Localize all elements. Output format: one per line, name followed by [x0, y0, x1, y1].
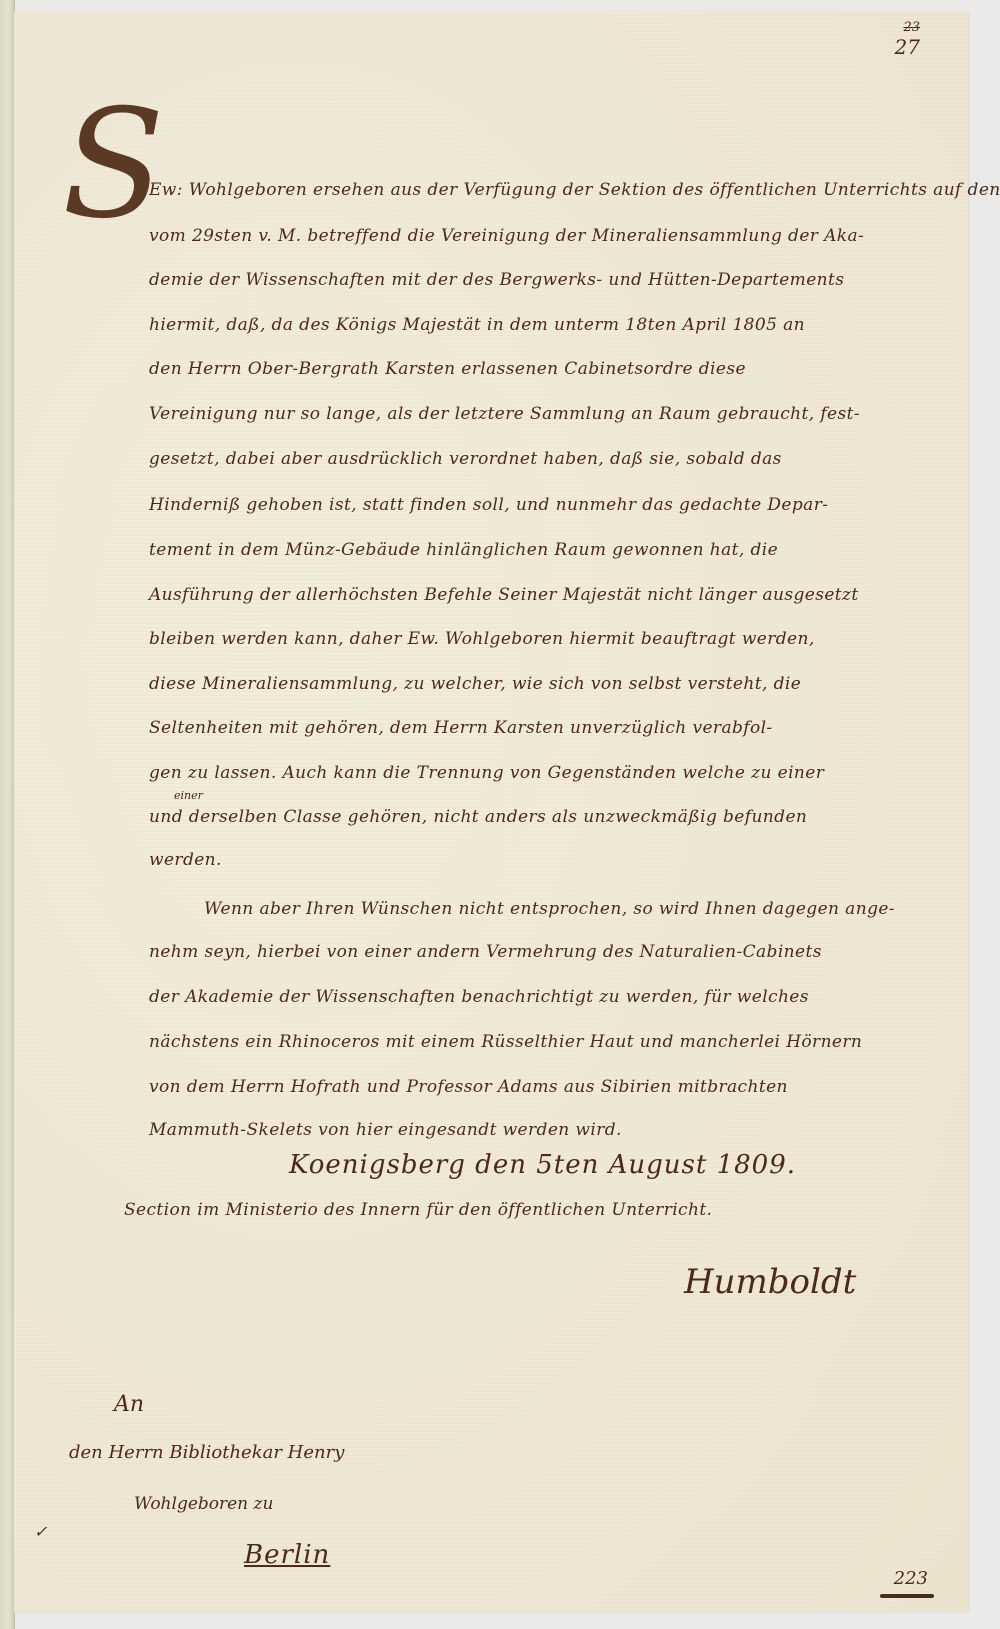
body-line-11: bleiben werden kann, daher Ew. Wohlgebor…: [149, 629, 815, 649]
body-line-6: Vereinigung nur so lange, als der letzte…: [149, 404, 860, 424]
body-line-20: nächstens ein Rhinoceros mit einem Rüsse…: [149, 1032, 862, 1052]
archive-number: 223: [894, 1568, 928, 1589]
body-line-1: Ew: Wohlgeboren ersehen aus der Verfügun…: [149, 180, 1000, 200]
interlinear-insertion: einer: [174, 789, 203, 802]
address-city: Berlin: [244, 1540, 330, 1570]
body-line-3: demie der Wissenschaften mit der des Ber…: [149, 270, 844, 290]
body-line-16: werden.: [149, 850, 222, 870]
body-line-5: den Herrn Ober-Bergrath Karsten erlassen…: [149, 359, 746, 379]
folio-number: 23 27: [895, 20, 920, 59]
body-line-12: diese Mineraliensammlung, zu welcher, wi…: [149, 674, 801, 694]
body-line-22: Mammuth-Skelets von hier eingesandt werd…: [149, 1120, 622, 1140]
address-salutation: An: [114, 1392, 144, 1417]
manuscript-page: 23 27 S Ew: Wohlgeboren ersehen aus der …: [14, 12, 968, 1612]
body-line-18: nehm seyn, hierbei von einer andern Verm…: [149, 942, 822, 962]
body-line-14: gen zu lassen. Auch kann die Trennung vo…: [149, 763, 824, 783]
address-recipient: den Herrn Bibliothekar Henry: [69, 1442, 344, 1463]
decorative-initial: S: [62, 90, 165, 240]
department-line: Section im Ministerio des Innern für den…: [124, 1200, 712, 1220]
place-date: Koenigsberg den 5ten August 1809.: [289, 1150, 796, 1180]
body-line-9: tement in dem Münz-Gebäude hinlänglichen…: [149, 540, 778, 560]
body-line-8: Hinderniß gehoben ist, statt finden soll…: [149, 495, 828, 515]
body-line-13: Seltenheiten mit gehören, dem Herrn Kars…: [149, 718, 773, 738]
body-line-19: der Akademie der Wissenschaften benachri…: [149, 987, 809, 1007]
body-line-10: Ausführung der allerhöchsten Befehle Sei…: [149, 585, 859, 605]
address-title: Wohlgeboren zu: [134, 1494, 273, 1514]
body-line-4: hiermit, daß, da des Königs Majestät in …: [149, 315, 805, 335]
body-line-2: vom 29sten v. M. betreffend die Vereinig…: [149, 226, 864, 246]
current-folio-number: 27: [895, 35, 920, 59]
check-mark: ✓: [34, 1522, 47, 1541]
body-line-21: von dem Herrn Hofrath und Professor Adam…: [149, 1077, 788, 1097]
body-line-17: Wenn aber Ihren Wünschen nicht entsproch…: [204, 899, 895, 919]
body-line-7: gesetzt, dabei aber ausdrücklich verordn…: [149, 449, 782, 469]
old-folio-number: 23: [895, 20, 920, 35]
binding-strip: [0, 0, 15, 1629]
body-line-15: und derselben Classe gehören, nicht ande…: [149, 807, 807, 827]
signature: Humboldt: [684, 1262, 856, 1302]
